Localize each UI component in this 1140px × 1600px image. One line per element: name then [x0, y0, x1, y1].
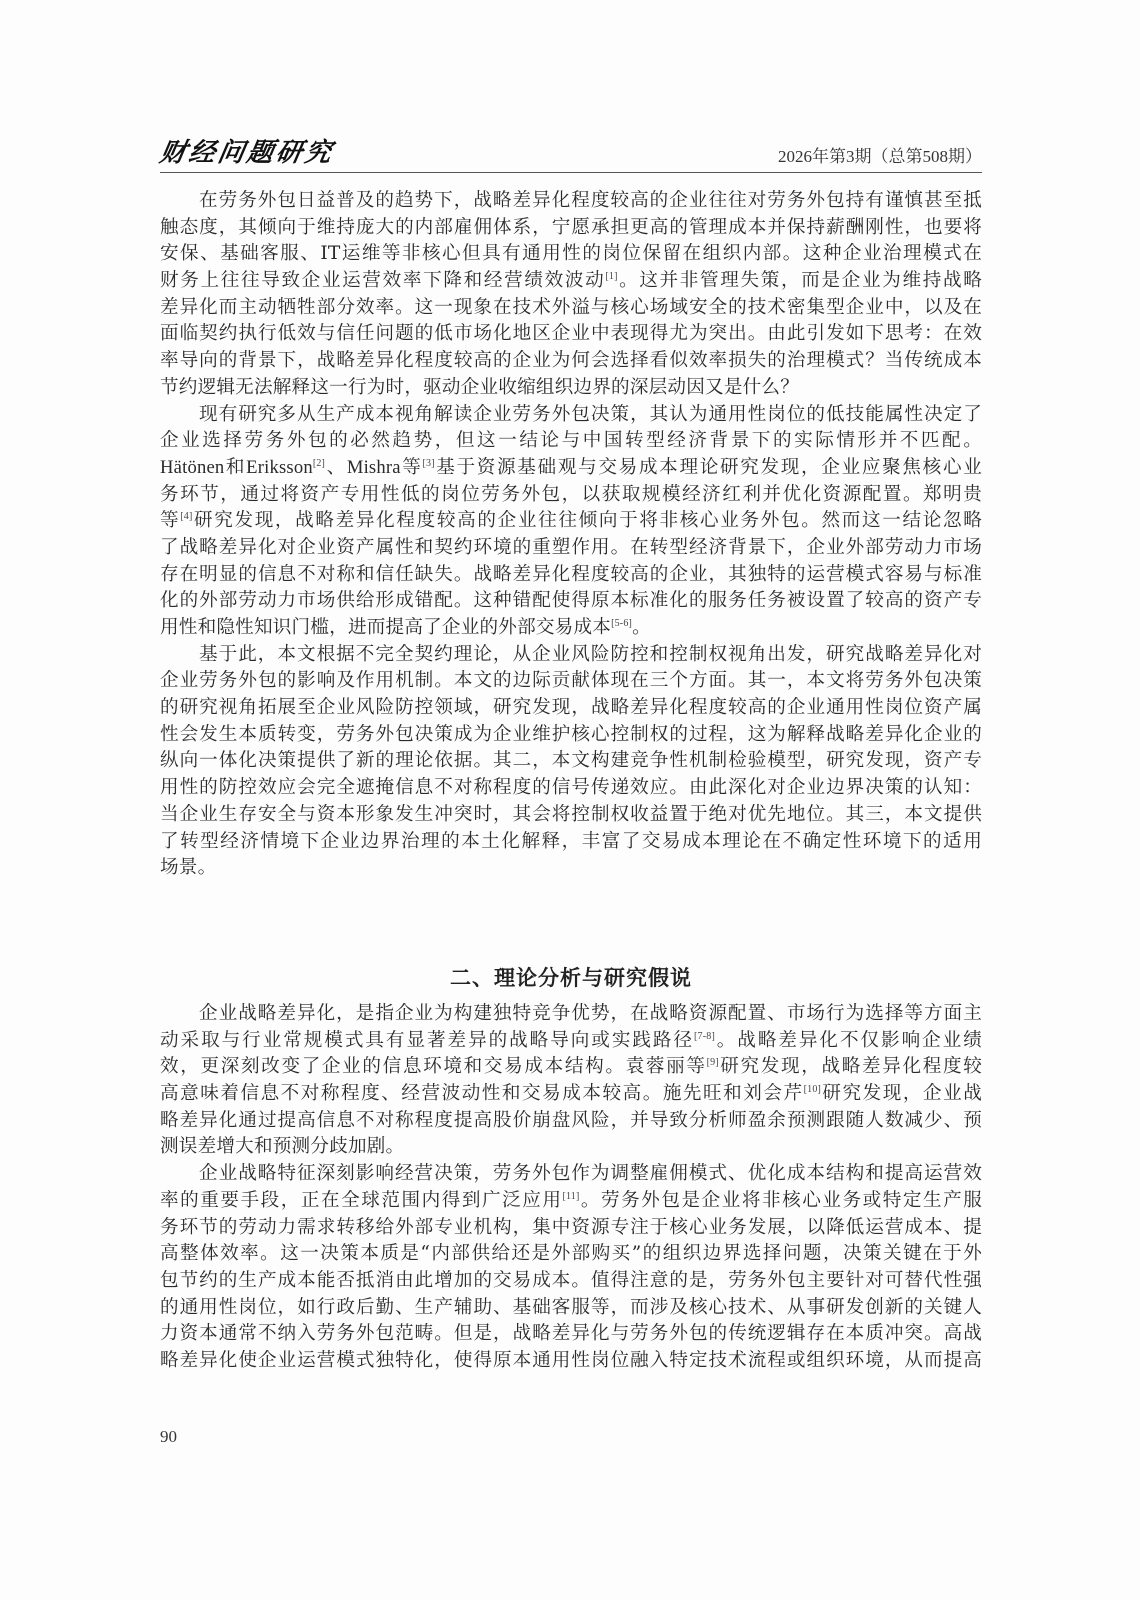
text-line: 节约逻辑无法解释这一行为时，驱动企业收缩组织边界的深层动因又是什么？	[160, 375, 982, 402]
paragraph: 基于此，本文根据不完全契约理论，从企业风险防控和控制权视角出发，研究战略差异化对…	[160, 642, 982, 882]
text-segment: 研究发现，企业战	[821, 1083, 982, 1104]
text-line: 高整体效率。这一决策本质是“内部供给还是外部购买”的组织边界选择问题，决策关键在…	[160, 1241, 982, 1268]
text-line: 略差异化通过提高信息不对称程度提高股价崩盘风险，并导致分析师盈余预测跟随人数减少…	[160, 1108, 982, 1135]
citation: [10]	[804, 1084, 821, 1095]
paragraph: 企业战略差异化，是指企业为构建独特竞争优势，在战略资源配置、市场行为选择等方面主…	[160, 1001, 982, 1161]
text-segment: 用性和隐性知识门槛，进而提高了企业的外部交易成本	[160, 617, 611, 638]
citation: [5-6]	[611, 618, 632, 629]
text-line: 测误差增大和预测分歧加剧。	[160, 1134, 982, 1161]
text-line: 包节约的生产成本能否抵消由此增加的交易成本。值得注意的是，劳务外包主要针对可替代…	[160, 1268, 982, 1295]
text-line: 企业选择劳务外包的必然趋势，但这一结论与中国转型经济背景下的实际情形并不匹配。	[160, 428, 982, 455]
paragraph: 企业战略特征深刻影响经营决策，劳务外包作为调整雇佣模式、优化成本结构和提高运营效…	[160, 1161, 982, 1375]
text-segment: Hätönen和Eriksson	[160, 457, 313, 478]
text-line: 了转型经济情境下企业边界治理的本土化解释，丰富了交易成本理论在不确定性环境下的适…	[160, 829, 982, 856]
text-line: 高意味着信息不对称程度、经营波动性和交易成本较高。施先旺和刘会芹[10]研究发现…	[160, 1081, 982, 1108]
text-line: 等[4]研究发现，战略差异化程度较高的企业往往倾向于将非核心业务外包。然而这一结…	[160, 508, 982, 535]
citation: [4]	[180, 511, 192, 522]
text-line: 务环节的劳动力需求转移给外部专业机构，集中资源专注于核心业务发展，以降低运营成本…	[160, 1215, 982, 1242]
text-segment: 研究发现，战略差异化程度较	[719, 1056, 982, 1077]
issue-info: 2026年第3期（总第508期）	[778, 146, 982, 168]
section-1-body: 在劳务外包日益普及的趋势下，战略差异化程度较高的企业往往对劳务外包持有谨慎甚至抵…	[160, 188, 982, 882]
text-line: 当企业生存安全与资本形象发生冲突时，其会将控制权收益置于绝对优先地位。其三，本文…	[160, 802, 982, 829]
text-line: 用性的防控效应会完全遮掩信息不对称程度的信号传递效应。由此深化对企业边界决策的认…	[160, 775, 982, 802]
text-line: 的通用性岗位，如行政后勤、生产辅助、基础客服等，而涉及核心技术、从事研发创新的关…	[160, 1295, 982, 1322]
text-segment: 基于资源基础观与交易成本理论研究发现，企业应聚焦核心业	[435, 457, 982, 478]
paragraph: 在劳务外包日益普及的趋势下，战略差异化程度较高的企业往往对劳务外包持有谨慎甚至抵…	[160, 188, 982, 402]
text-line: Hätönen和Eriksson[2]、Mishra等[3]基于资源基础观与交易…	[160, 455, 982, 482]
text-line: 化的外部劳动力市场供给形成错配。这种错配使得原本标准化的服务任务被设置了较高的资…	[160, 588, 982, 615]
journal-page: 财经问题研究 2026年第3期（总第508期） 在劳务外包日益普及的趋势下，战略…	[0, 0, 1140, 1600]
citation: [2]	[313, 458, 325, 469]
text-line: 务环节，通过将资产专用性低的岗位劳务外包，以获取规模经济红利并优化资源配置。郑明…	[160, 482, 982, 509]
citation: [1]	[605, 271, 617, 282]
text-line: 面临契约执行低效与信任问题的低市场化地区企业中表现得尤为突出。由此引发如下思考：…	[160, 321, 982, 348]
text-segment: 动采取与行业常规模式具有显著差异的战略导向或实践路径	[160, 1030, 694, 1051]
text-line: 现有研究多从生产成本视角解读企业劳务外包决策，其认为通用性岗位的低技能属性决定了	[160, 402, 982, 429]
text-line: 了战略差异化对企业资产属性和契约环境的重塑作用。在转型经济背景下，企业外部劳动力…	[160, 535, 982, 562]
text-line: 企业劳务外包的影响及作用机制。本文的边际贡献体现在三个方面。其一，本文将劳务外包…	[160, 668, 982, 695]
text-segment: 等	[160, 510, 180, 531]
text-line: 企业战略特征深刻影响经营决策，劳务外包作为调整雇佣模式、优化成本结构和提高运营效	[160, 1161, 982, 1188]
text-segment: 。这并非管理失策，而是企业为维持战略	[618, 270, 982, 291]
text-segment: 高意味着信息不对称程度、经营波动性和交易成本较高。施先旺和刘会芹	[160, 1083, 804, 1104]
paragraph: 现有研究多从生产成本视角解读企业劳务外包决策，其认为通用性岗位的低技能属性决定了…	[160, 402, 982, 642]
page-number: 90	[160, 1427, 177, 1447]
text-line: 用性和隐性知识门槛，进而提高了企业的外部交易成本[5-6]。	[160, 615, 982, 642]
text-line: 略差异化使企业运营模式独特化，使得原本通用性岗位融入特定技术流程或组织环境，从而…	[160, 1348, 982, 1375]
section-2-body: 企业战略差异化，是指企业为构建独特竞争优势，在战略资源配置、市场行为选择等方面主…	[160, 1001, 982, 1375]
header-rule	[160, 172, 982, 173]
text-segment: 。劳务外包是企业将非核心业务或特定生产服	[580, 1190, 982, 1211]
text-line: 效，更深刻改变了企业的信息环境和交易成本结构。袁蓉丽等[9]研究发现，战略差异化…	[160, 1054, 982, 1081]
text-line: 率导向的背景下，战略差异化程度较高的企业为何会选择看似效率损失的治理模式？当传统…	[160, 348, 982, 375]
text-line: 安保、基础客服、IT运维等非核心但具有通用性的岗位保留在组织内部。这种企业治理模…	[160, 241, 982, 268]
text-line: 触态度，其倾向于维持庞大的内部雇佣体系，宁愿承担更高的管理成本并保持薪酬刚性，也…	[160, 215, 982, 242]
running-head: 财经问题研究 2026年第3期（总第508期）	[160, 138, 982, 172]
text-line: 存在明显的信息不对称和信任缺失。战略差异化程度较高的企业，其独特的运营模式容易与…	[160, 562, 982, 589]
text-line: 企业战略差异化，是指企业为构建独特竞争优势，在战略资源配置、市场行为选择等方面主	[160, 1001, 982, 1028]
journal-title-logo: 财经问题研究	[157, 138, 336, 168]
citation: [3]	[422, 458, 434, 469]
citation: [9]	[707, 1057, 719, 1068]
text-segment: 效，更深刻改变了企业的信息环境和交易成本结构。袁蓉丽等	[160, 1056, 707, 1077]
text-line: 在劳务外包日益普及的趋势下，战略差异化程度较高的企业往往对劳务外包持有谨慎甚至抵	[160, 188, 982, 215]
text-line: 性会发生本质转变，劳务外包决策成为企业维护核心控制权的过程，这为解释战略差异化企…	[160, 722, 982, 749]
section-heading: 二、理论分析与研究假说	[160, 964, 982, 992]
citation: [11]	[562, 1191, 579, 1202]
text-segment: 。战略差异化不仅影响企业绩	[715, 1030, 982, 1051]
text-segment: 、Mishra等	[325, 457, 422, 478]
text-line: 财务上往往导致企业运营效率下降和经营绩效波动[1]。这并非管理失策，而是企业为维…	[160, 268, 982, 295]
text-line: 动采取与行业常规模式具有显著差异的战略导向或实践路径[7-8]。战略差异化不仅影…	[160, 1028, 982, 1055]
text-line: 率的重要手段，正在全球范围内得到广泛应用[11]。劳务外包是企业将非核心业务或特…	[160, 1188, 982, 1215]
text-segment: 率的重要手段，正在全球范围内得到广泛应用	[160, 1190, 562, 1211]
text-line: 的研究视角拓展至企业风险防控领域，研究发现，战略差异化程度较高的企业通用性岗位资…	[160, 695, 982, 722]
text-line: 力资本通常不纳入劳务外包范畴。但是，战略差异化与劳务外包的传统逻辑存在本质冲突。…	[160, 1321, 982, 1348]
text-line: 基于此，本文根据不完全契约理论，从企业风险防控和控制权视角出发，研究战略差异化对	[160, 642, 982, 669]
text-segment: 财务上往往导致企业运营效率下降和经营绩效波动	[160, 270, 605, 291]
text-segment: 研究发现，战略差异化程度较高的企业往往倾向于将非核心业务外包。然而这一结论忽略	[193, 510, 982, 531]
text-line: 差异化而主动牺牲部分效率。这一现象在技术外溢与核心场域安全的技术密集型企业中，以…	[160, 295, 982, 322]
text-line: 纵向一体化决策提供了新的理论依据。其二，本文构建竞争性机制检验模型，研究发现，资…	[160, 748, 982, 775]
text-line: 场景。	[160, 855, 982, 882]
text-segment: 。	[632, 617, 651, 638]
citation: [7-8]	[694, 1031, 715, 1042]
